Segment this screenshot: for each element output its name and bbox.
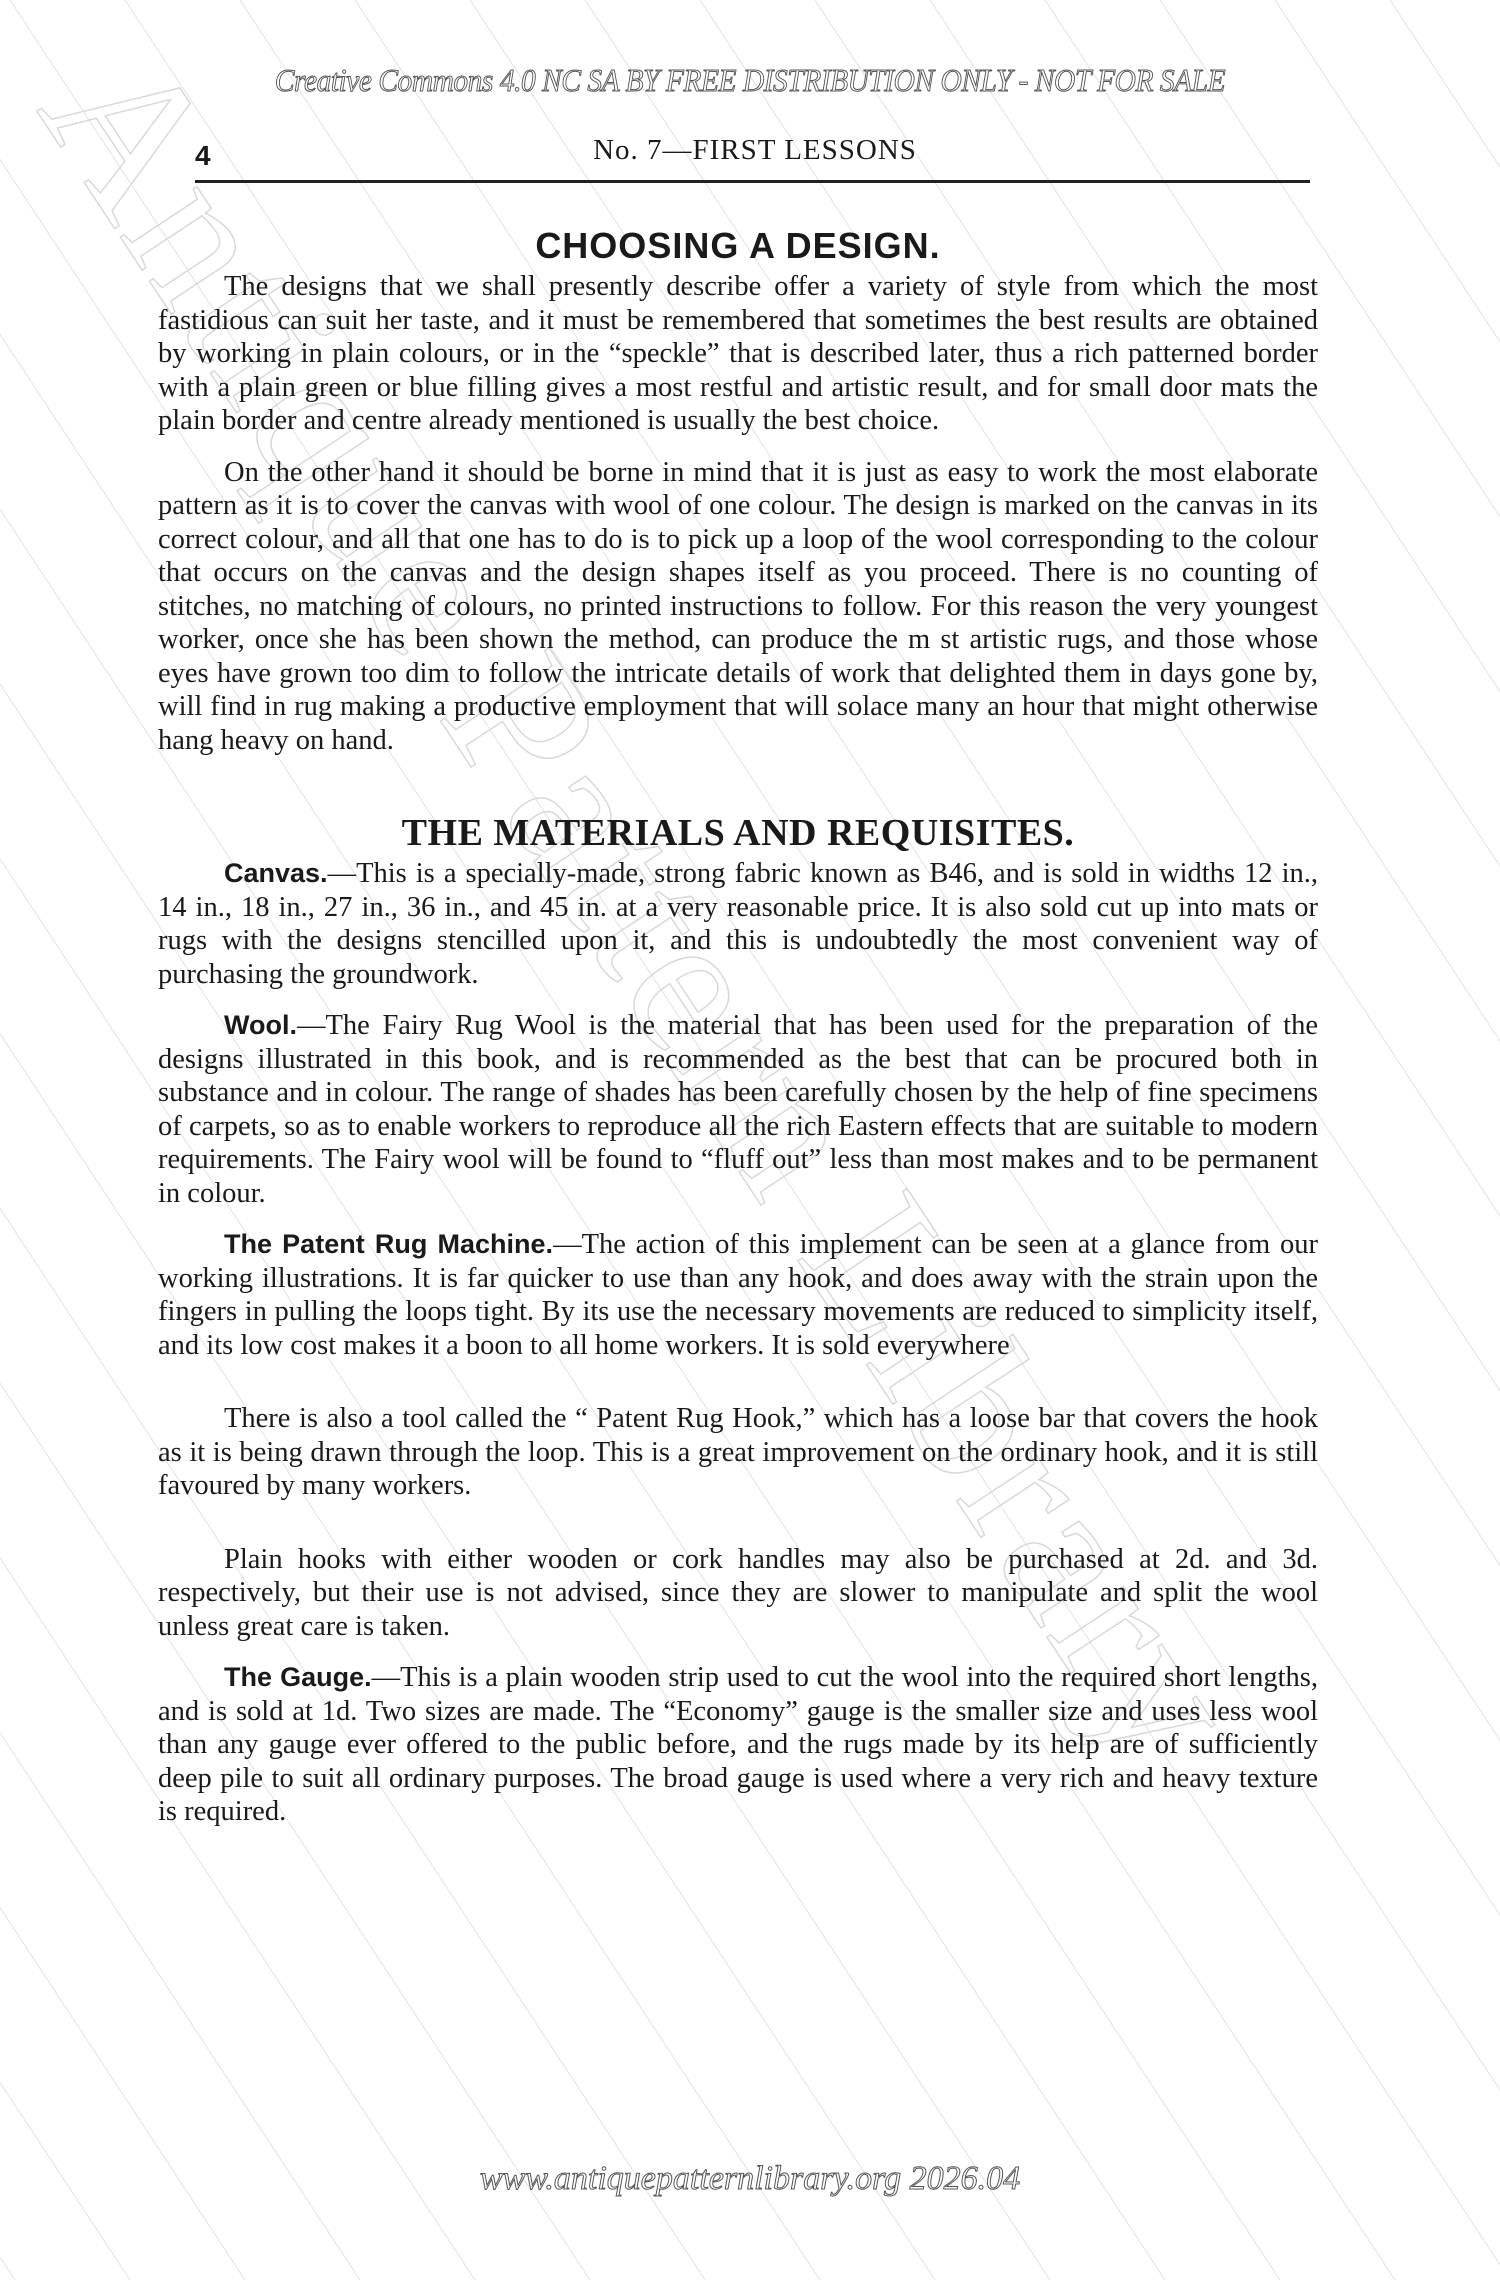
license-banner: Creative Commons 4.0 NC SA BY FREE DISTR…: [60, 62, 1440, 99]
paragraph-gauge: The Gauge.—This is a plain wooden strip …: [158, 1661, 1318, 1829]
paragraph: On the other hand it should be borne in …: [158, 456, 1318, 758]
run-in-heading: Wool.: [224, 1010, 297, 1040]
paragraph-canvas: Canvas.—This is a specially-made, strong…: [158, 857, 1318, 991]
paragraph: The designs that we shall presently desc…: [158, 270, 1318, 438]
section-heading-choosing-design: CHOOSING A DESIGN.: [158, 222, 1318, 270]
paragraph-text: —This is a specially-made, strong fabric…: [158, 858, 1318, 990]
paragraph-text: The designs that we shall presently desc…: [158, 271, 1318, 436]
paragraph-text: There is also a tool called the “ Patent…: [158, 1403, 1318, 1501]
page-header: 4 No. 7—FIRST LESSONS: [195, 130, 1310, 182]
paragraph-text: —The Fairy Rug Wool is the material that…: [158, 1010, 1318, 1209]
header-rule: [195, 180, 1310, 183]
paragraph-rug-machine: The Patent Rug Machine.—The action of th…: [158, 1228, 1318, 1362]
page-body: CHOOSING A DESIGN. The designs that we s…: [158, 222, 1318, 1829]
paragraph-text: Plain hooks with either wooden or cork h…: [158, 1544, 1318, 1642]
page-number: 4: [195, 140, 211, 172]
paragraph-wool: Wool.—The Fairy Rug Wool is the material…: [158, 1009, 1318, 1210]
footer-url-stamp: www.antiquepatternlibrary.org 2026.04: [0, 2160, 1500, 2198]
run-in-heading: Canvas.: [224, 858, 328, 888]
paragraph-rug-hook: There is also a tool called the “ Patent…: [158, 1402, 1318, 1503]
section-heading-materials: THE MATERIALS AND REQUISITES.: [158, 809, 1318, 857]
paragraph-text: On the other hand it should be borne in …: [158, 457, 1318, 756]
run-in-heading: The Gauge.: [224, 1662, 372, 1692]
paragraph-plain-hooks: Plain hooks with either wooden or cork h…: [158, 1543, 1318, 1644]
run-in-heading: The Patent Rug Machine.: [224, 1229, 553, 1259]
running-title: No. 7—FIRST LESSONS: [495, 134, 1015, 167]
